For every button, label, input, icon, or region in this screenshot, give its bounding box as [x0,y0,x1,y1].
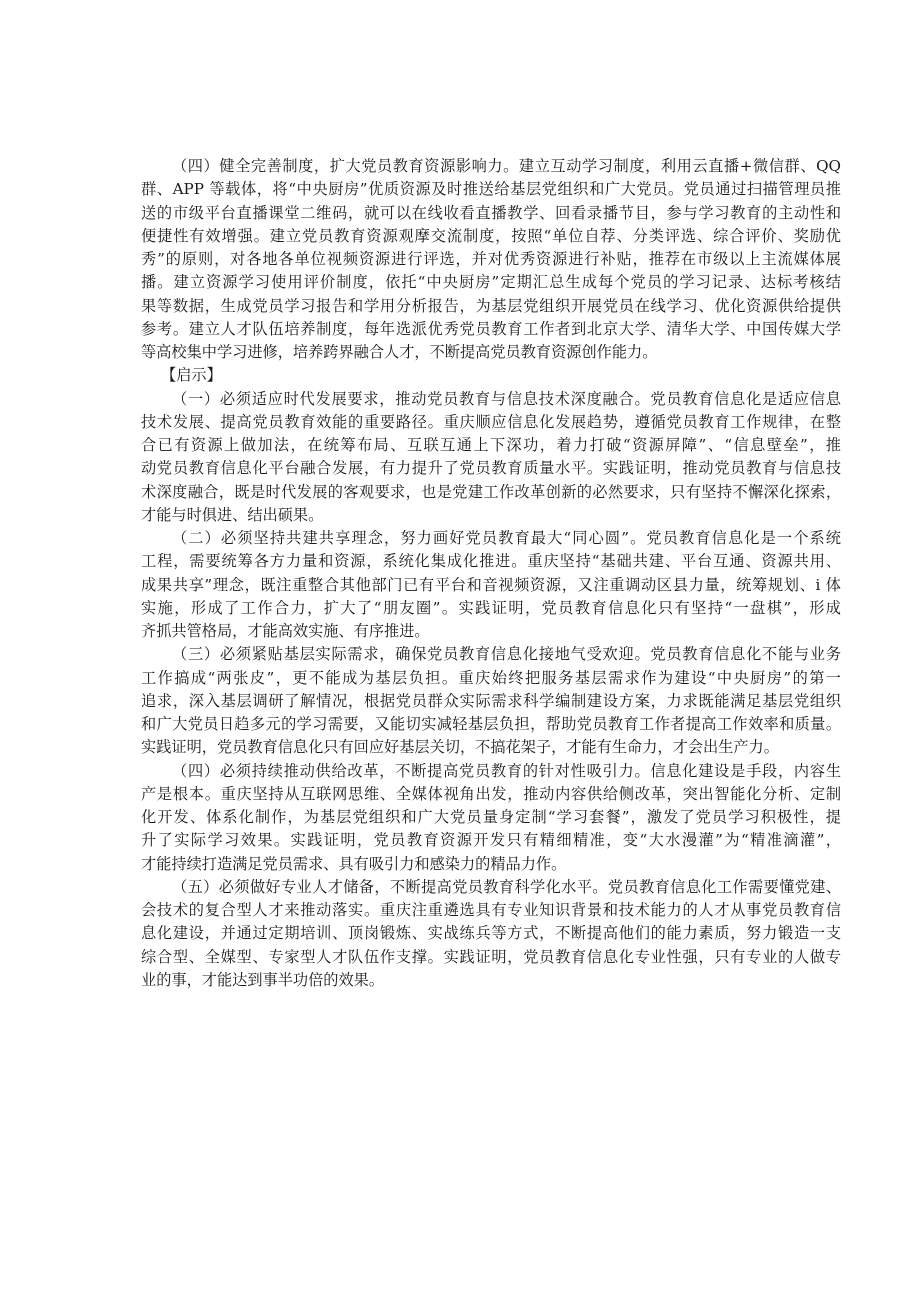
text-line: 和广大党员日趋多元的学习需要，又能切实减轻基层负担，帮助党员教育工作者提高工作效… [141,713,841,736]
text-line: 才能与时俱进、结出硕果。 [141,504,841,527]
text-line: 实践证明，党员教育信息化只有回应好基层关切，不搞花架子，才能有生命力，才会出生产… [141,736,841,759]
text-line: 送的市级平台直播课堂二维码，就可以在线收看直播教学、回看录播节目，参与学习教育的… [141,202,841,225]
text-line: （五）必须做好专业人才储备，不断提高党员教育科学化水平。党员教育信息化工作需要懂… [141,876,841,899]
text-line: 秀”的原则，对各地各单位视频资源进行评选，并对优秀资源进行补贴，推荐在市级以上主… [141,248,841,271]
text-line: 等高校集中学习进修，培养跨界融合人才，不断提高党员教育资源创作能力。 [141,341,841,364]
document-body: （四）健全完善制度，扩大党员教育资源影响力。建立互动学习制度，利用云直播+微信群… [141,155,841,992]
paragraph-insight-3: （三）必须紧贴基层实际需求，确保党员教育信息化接地气受欢迎。党员教育信息化不能与… [141,643,841,759]
text-line: 便捷性有效增强。建立党员教育资源观摩交流制度，按照“单位自荐、分类评选、综合评价… [141,225,841,248]
text-line: 动党员教育信息化平台融合发展，有力提升了党员教育质量水平。实践证明，推动党员教育… [141,457,841,480]
heading-text: 【启示】 [141,364,841,387]
text-line: 化开发、体系化制作，为基层党组织和广大党员量身定制“学习套餐”，激发了党员学习积… [141,806,841,829]
text-line: （一）必须适应时代发展要求，推动党员教育与信息技术深度融合。党员教育信息化是适应… [141,388,841,411]
paragraph-insight-2: （二）必须坚持共建共享理念，努力画好党员教育最大“同心圆”。党员教育信息化是一个… [141,527,841,643]
paragraph-insight-4: （四）必须持续推动供给改革，不断提高党员教育的针对性吸引力。信息化建设是手段，内… [141,760,841,876]
text-line: （三）必须紧贴基层实际需求，确保党员教育信息化接地气受欢迎。党员教育信息化不能与… [141,643,841,666]
paragraph-insight-1: （一）必须适应时代发展要求，推动党员教育与信息技术深度融合。党员教育信息化是适应… [141,388,841,528]
text-line: 实施，形成了工作合力，扩大了“朋友圈”。实践证明，党员教育信息化只有坚持“一盘棋… [141,597,841,620]
text-line: 升了实际学习效果。实践证明，党员教育资源开发只有精细精准，变“大水漫灌”为“精准… [141,829,841,852]
text-line: 果等数据，生成党员学习报告和学用分析报告，为基层党组织开展党员在线学习、优化资源… [141,295,841,318]
text-line: 业的事，才能达到事半功倍的效果。 [141,969,841,992]
text-line: （二）必须坚持共建共享理念，努力画好党员教育最大“同心圆”。党员教育信息化是一个… [141,527,841,550]
text-line: 播。建立资源学习使用评价制度，依托“中央厨房”定期汇总生成每个党员的学习记录、达… [141,271,841,294]
text-line: （四）必须持续推动供给改革，不断提高党员教育的针对性吸引力。信息化建设是手段，内… [141,760,841,783]
text-line: 工作搞成“两张皮”，更不能成为基层负担。重庆始终把服务基层需求作为建设“中央厨房… [141,667,841,690]
text-line: 追求，深入基层调研了解情况，根据党员群众实际需求科学编制建设方案，力求既能满足基… [141,690,841,713]
text-line: 工程，需要统筹各方力量和资源，系统化集成化推进。重庆坚持“基础共建、平台互通、资… [141,550,841,573]
text-line: 会技术的复合型人才来推动落实。重庆注重遴选具有专业知识背景和技术能力的人才从事党… [141,899,841,922]
paragraph-insight-5: （五）必须做好专业人才储备，不断提高党员教育科学化水平。党员教育信息化工作需要懂… [141,876,841,992]
text-line: 产是根本。重庆坚持从互联网思维、全媒体视角出发，推动内容供给侧改革，突出智能化分… [141,783,841,806]
text-line: 群、APP 等载体，将“中央厨房”优质资源及时推送给基层党组织和广大党员。党员通… [141,178,841,201]
text-line: 息化建设，并通过定期培训、顶岗锻炼、实战练兵等方式，不断提高他们的能力素质，努力… [141,922,841,945]
text-line: （四）健全完善制度，扩大党员教育资源影响力。建立互动学习制度，利用云直播+微信群… [141,155,841,178]
text-line: 参考。建立人才队伍培养制度，每年选派优秀党员教育工作者到北京大学、清华大学、中国… [141,318,841,341]
text-line: 齐抓共管格局，才能高效实施、有序推进。 [141,620,841,643]
text-line: 综合型、全媒型、专家型人才队伍作支撑。实践证明，党员教育信息化专业性强，只有专业… [141,946,841,969]
section-heading-insights: 【启示】 [141,364,841,387]
text-line: 合已有资源上做加法，在统筹布局、互联互通上下深功，着力打破“资源屏障”、“信息壁… [141,434,841,457]
text-line: 技术发展、提高党员教育效能的重要路径。重庆顺应信息化发展趋势，遵循党员教育工作规… [141,411,841,434]
text-line: 成果共享”理念，既注重整合其他部门已有平台和音视频资源，又注重调动区县力量，统筹… [141,574,841,597]
document-page: （四）健全完善制度，扩大党员教育资源影响力。建立互动学习制度，利用云直播+微信群… [0,0,920,1301]
text-line: 术深度融合，既是时代发展的客观要求，也是党建工作改革创新的必然要求，只有坚持不懈… [141,481,841,504]
text-line: 才能持续打造满足党员需求、具有吸引力和感染力的精品力作。 [141,853,841,876]
paragraph-improve-system: （四）健全完善制度，扩大党员教育资源影响力。建立互动学习制度，利用云直播+微信群… [141,155,841,364]
